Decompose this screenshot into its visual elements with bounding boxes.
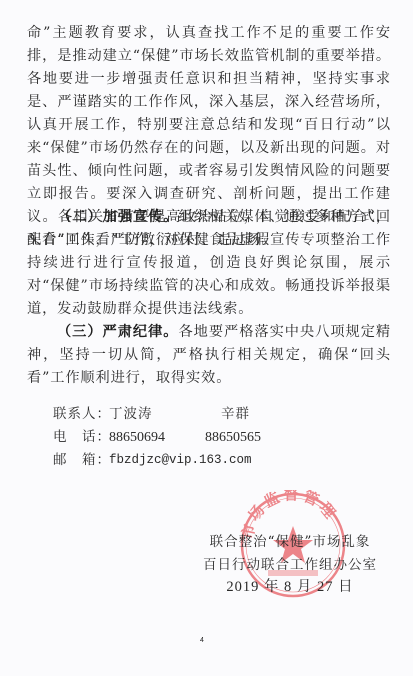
signature-org-line-1: 联合整治“保健”市场乱象 bbox=[190, 531, 390, 554]
contact-phone-label: 电 话： bbox=[53, 426, 111, 449]
paragraph-discipline: （三）严肃纪律。各地要严格落实中央八项规定精神，坚持一切从简，严格执行相关规定，… bbox=[27, 321, 391, 390]
contact-email[interactable]: fbzdjzc@vip.163.com bbox=[109, 449, 252, 472]
contact-phone-1: 88650694 bbox=[109, 426, 165, 449]
paragraph-publicity: （二）加强宣传。组织相关媒体、通过多种方式，配合“回头看”工作，对保健食品虚假宣… bbox=[27, 206, 391, 321]
section-heading-publicity: （二）加强宣传。 bbox=[57, 209, 179, 225]
page-number: 4 bbox=[200, 637, 204, 644]
document-page: 命”主题教育要求，认真查找工作不足的重要工作安排，是推动建立“保健”市场长效监管… bbox=[0, 0, 413, 676]
contact-email-label: 邮 箱： bbox=[53, 449, 111, 472]
contact-person-2: 辛群 bbox=[221, 403, 250, 426]
signature-org-line-2: 百日行动联合工作组办公室 bbox=[190, 554, 390, 577]
signature-block: 联合整治“保健”市场乱象 百日行动联合工作组办公室 2019 年 8 月 27 … bbox=[190, 531, 390, 599]
paragraph-text: 组织相关媒体、通过多种方式，配合“回头看”工作，对保健食品虚假宣传专项整治工作持… bbox=[27, 209, 391, 317]
contact-person-label: 联系人： bbox=[53, 403, 111, 426]
contact-phone-2: 88650565 bbox=[205, 426, 261, 449]
contact-person-1: 丁波涛 bbox=[109, 403, 153, 426]
signature-date: 2019 年 8 月 27 日 bbox=[190, 576, 390, 599]
section-heading-discipline: （三）严肃纪律。 bbox=[57, 324, 179, 340]
